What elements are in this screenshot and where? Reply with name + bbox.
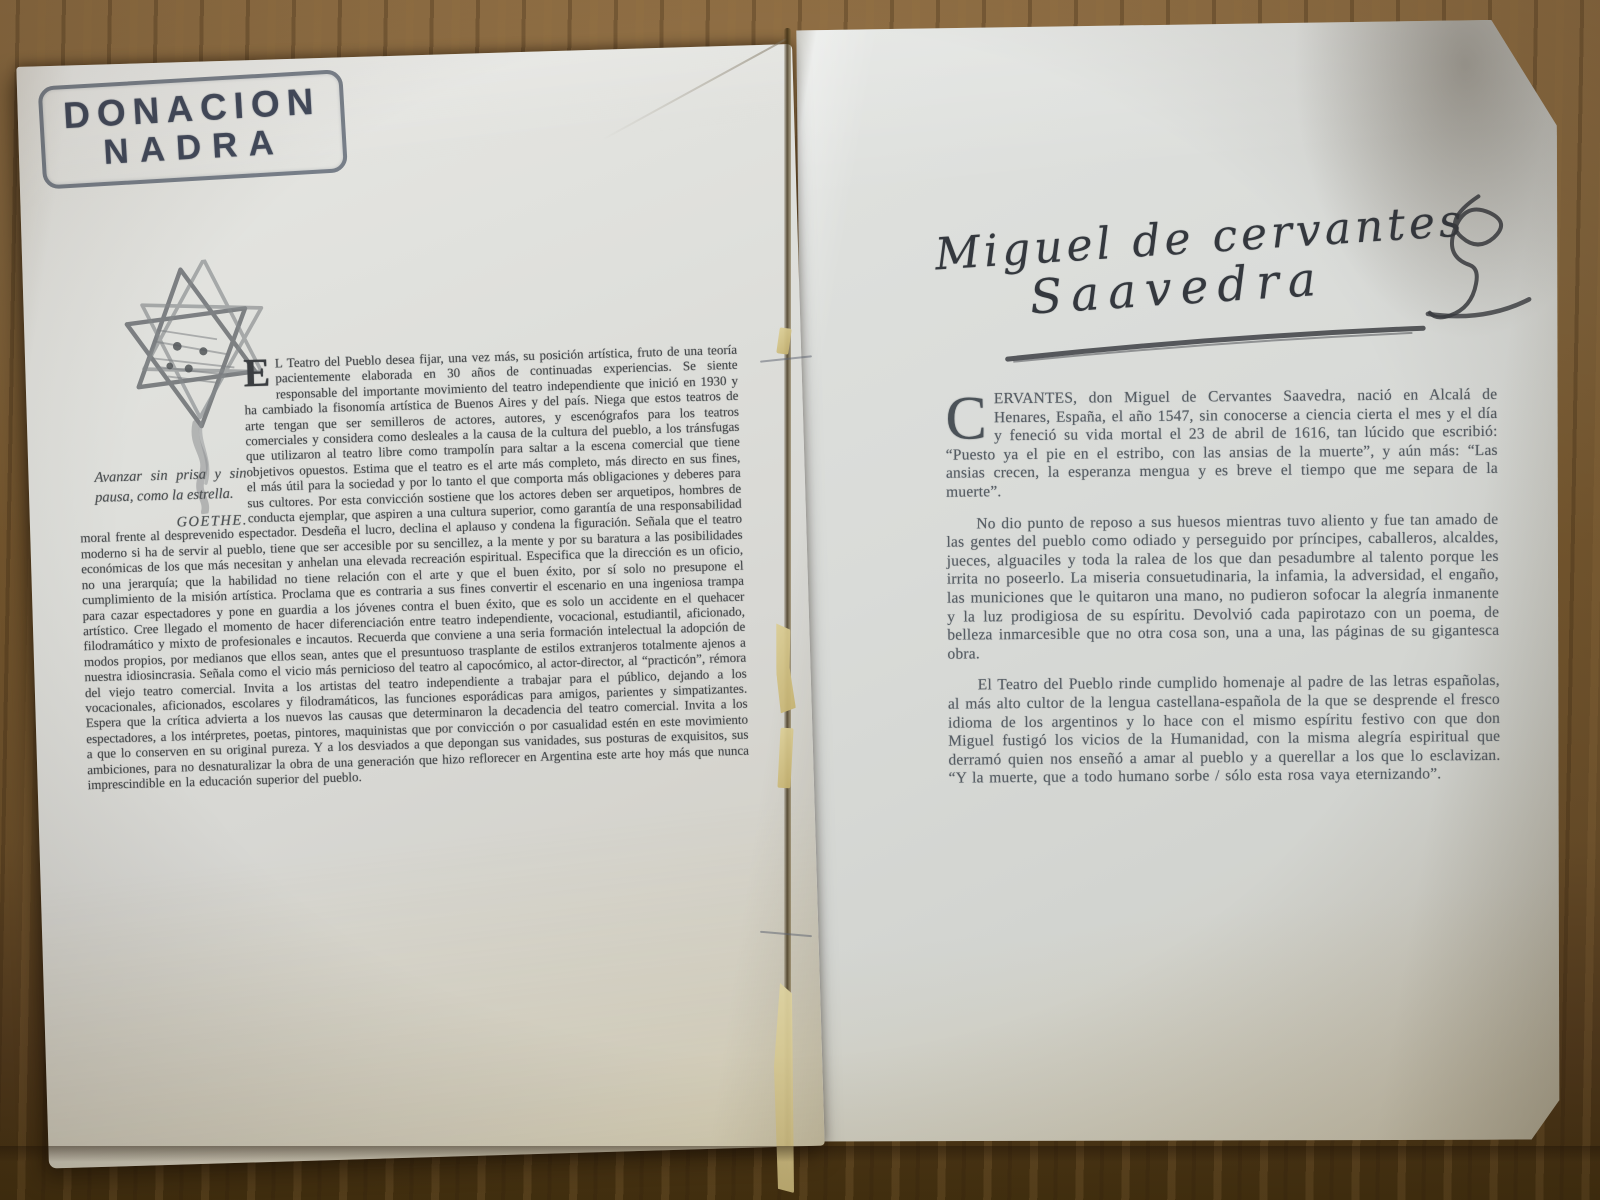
donation-stamp: DONACION NADRA [38,69,349,190]
page-crease [602,38,787,141]
drop-cap-e: E [243,355,276,388]
paragraph-2: No dio punto de reposo a sus huesos mien… [946,510,1499,664]
drop-cap-c: C [945,390,994,443]
photo-open-booklet: DONACION NADRA Avanzar s [0,0,1600,1200]
handwritten-title: Miguel de cervantes Saavedra [933,191,1538,332]
margin-spacer [75,356,248,516]
signature-flourish-icon [1380,179,1539,338]
right-page: Miguel de cervantes Saavedra CERVANTES, … [794,19,1566,1146]
table-edge-shadow [0,1146,1600,1162]
left-page: DONACION NADRA Avanzar s [16,44,824,1169]
paragraph-1-text: ERVANTES, don Miguel de Cervantes Saaved… [946,386,1498,501]
right-article: CERVANTES, don Miguel de Cervantes Saave… [945,386,1501,802]
title-underline [1001,320,1431,366]
left-article: EL Teatro del Pueblo desea fijar, una ve… [75,342,750,793]
paragraph-3: El Teatro del Pueblo rinde cumplido home… [948,672,1501,788]
paragraph-1: CERVANTES, don Miguel de Cervantes Saave… [945,386,1498,502]
